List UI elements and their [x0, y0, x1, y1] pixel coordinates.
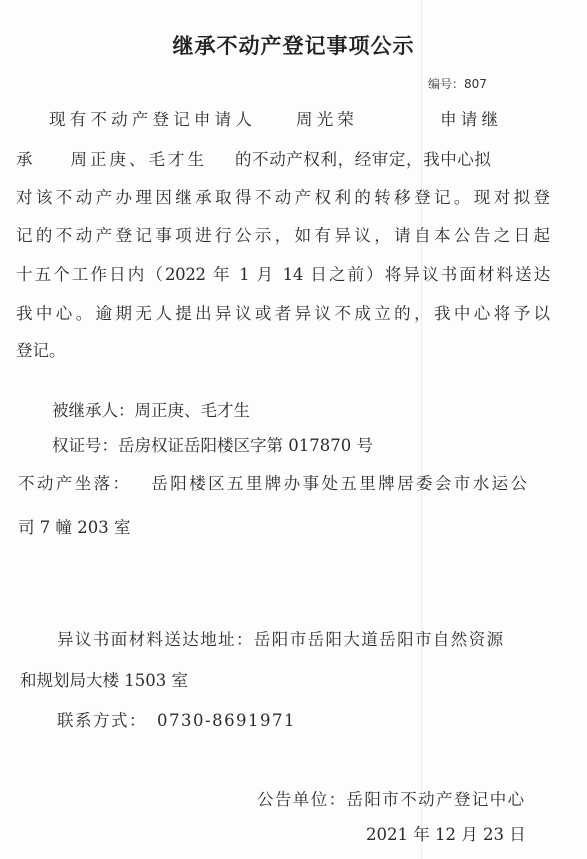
body-line-2-suffix: 的不动产权利，经审定，我中心拟: [235, 150, 492, 169]
document-number-value: 807: [464, 77, 487, 91]
decedent-value: 周正庚、毛才生: [135, 401, 251, 420]
document-number-label: 编号：: [428, 77, 464, 91]
objection-address-field: 异议书面材料送达地址：岳阳市岳阳大道岳阳市自然资源: [57, 630, 505, 650]
body-line-4: 记的不动产登记事项进行公示，如有异议，请自本公告之日起: [16, 226, 550, 246]
location-value-line1: 岳阳楼区五里牌办事处五里牌居委会市水运公: [151, 474, 529, 493]
body-line-6: 我中心。逾期无人提出异议或者异议不成立的，我中心将予以: [16, 304, 550, 324]
body-line-2-prefix: 承: [16, 150, 33, 169]
notice-date: 2021 年 12 月 23 日: [366, 825, 526, 845]
objection-address-line1: 岳阳市岳阳大道岳阳市自然资源: [254, 630, 505, 649]
issuer-field: 公告单位：岳阳市不动产登记中心: [257, 790, 526, 810]
document-page: 继承不动产登记事项公示 编号：807 现有不动产登记申请人周光荣申请继 承周正庚…: [0, 0, 587, 859]
decedent-names-inline: 周正庚、毛才生: [71, 150, 208, 169]
decedent-label: 被继承人：: [52, 401, 135, 420]
contact-phone: 0730-8691971: [157, 711, 296, 730]
location-value-line2: 司 7 幢 203 室: [18, 518, 130, 538]
body-line-1-suffix: 申请继: [440, 110, 502, 129]
body-line-1: 现有不动产登记申请人周光荣申请继: [49, 110, 502, 130]
issuer-label: 公告单位：: [257, 790, 347, 809]
body-line-3: 对该不动产办理因继承取得不动产权利的转移登记。现对拟登: [16, 188, 550, 208]
body-line-1-prefix: 现有不动产登记申请人: [49, 110, 256, 129]
certificate-label: 权证号：: [52, 436, 118, 455]
location-label: 不动产坐落：: [18, 474, 131, 493]
contact-label: 联系方式：: [57, 711, 147, 730]
objection-address-label: 异议书面材料送达地址：: [57, 630, 254, 649]
body-line-7: 登记。: [16, 341, 66, 361]
location-field: 不动产坐落：岳阳楼区五里牌办事处五里牌居委会市水运公: [18, 474, 529, 494]
body-line-5: 十五个工作日内（2022 年 1 月 14 日之前）将异议书面材料送达: [16, 265, 550, 285]
body-line-2: 承周正庚、毛才生的不动产权利，经审定，我中心拟: [16, 150, 492, 170]
applicant-name: 周光荣: [296, 110, 358, 129]
document-number: 编号：807: [428, 75, 487, 92]
certificate-value: 岳房权证岳阳楼区字第 017870 号: [118, 436, 373, 455]
decedent-field: 被继承人：周正庚、毛才生: [52, 401, 250, 421]
issuer-value: 岳阳市不动产登记中心: [347, 790, 526, 809]
document-title: 继承不动产登记事项公示: [0, 30, 587, 60]
objection-address-line2: 和规划局大楼 1503 室: [20, 671, 188, 691]
contact-field: 联系方式：0730-8691971: [57, 711, 296, 731]
certificate-field: 权证号：岳房权证岳阳楼区字第 017870 号: [52, 436, 373, 456]
